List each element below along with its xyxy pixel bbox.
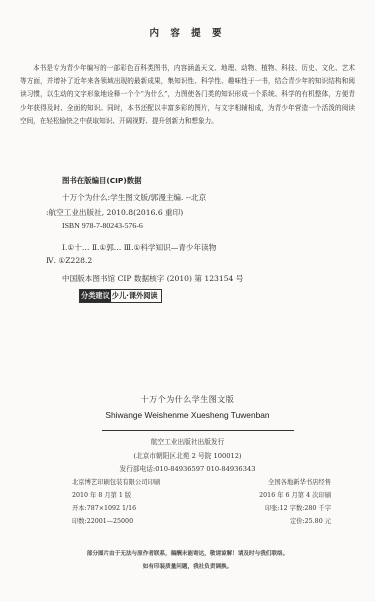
sheets-word-count: 印张:12 字数:280 千字 [265,503,331,512]
printing-number: 2016 年 6 月第 4 次印刷 [259,490,331,499]
cip-classification-1: Ⅰ.①十… Ⅱ.①郭… Ⅲ.①科学知识—青少年读物 [62,242,216,253]
publisher-address: (北京市朝阳区北苑 2 号院 100012) [0,450,375,460]
cip-isbn: ISBN 978-7-80243-576-6 [62,221,143,230]
divider-rule [102,430,294,431]
publisher: 航空工业出版社出版发行 [0,436,375,446]
category-suggestion: 分类建议 少儿·课外阅读 [79,289,162,303]
print-run: 印数:22001—25000 [72,516,133,525]
category-value: 少儿·课外阅读 [111,290,161,302]
price: 定价:25.80 元 [290,516,331,525]
quality-notice: 如有印装质量问题，我社负责调换。 [0,562,375,570]
book-title-chinese: 十万个为什么学生图文版 [0,394,375,405]
summary-paragraph: 本书是专为青少年编写的一部彩色百科类图书，内容涵盖天文、地理、动物、植物、科技、… [20,62,355,128]
publisher-phone: 发行部电话:010-84936597 010-84936343 [0,463,375,473]
category-label: 分类建议 [80,290,111,302]
printer: 北京博艺印刷包装有限公司印刷 [72,477,160,486]
format-size: 开本:787×1092 1/16 [72,503,136,512]
cip-record-number: 中国版本图书馆 CIP 数据核字 (2010) 第 123154 号 [62,273,243,284]
first-edition: 2010 年 8 月第 1 版 [72,490,131,499]
book-title-pinyin: Shiwange Weishenme Xuesheng Tuwenban [0,410,375,420]
cip-classification-2: Ⅳ. ①Z228.2 [46,256,92,265]
cip-title-line: 十万个为什么:学生图文版/郭漫主编. --北京 [62,192,206,203]
copyright-notice: 部分图片由于无法与原作者联系，稿酬未能寄达，敬请谅解！请及时与我们联络。 [0,549,375,557]
cip-heading: 图书在版编目(CIP)数据 [62,175,141,186]
cip-publisher-line: :航空工业出版社, 2010.8(2016.6 重印) [46,207,183,218]
distributor: 全国各地新华书店经售 [268,477,331,486]
summary-title: 内 容 提 要 [0,25,375,39]
